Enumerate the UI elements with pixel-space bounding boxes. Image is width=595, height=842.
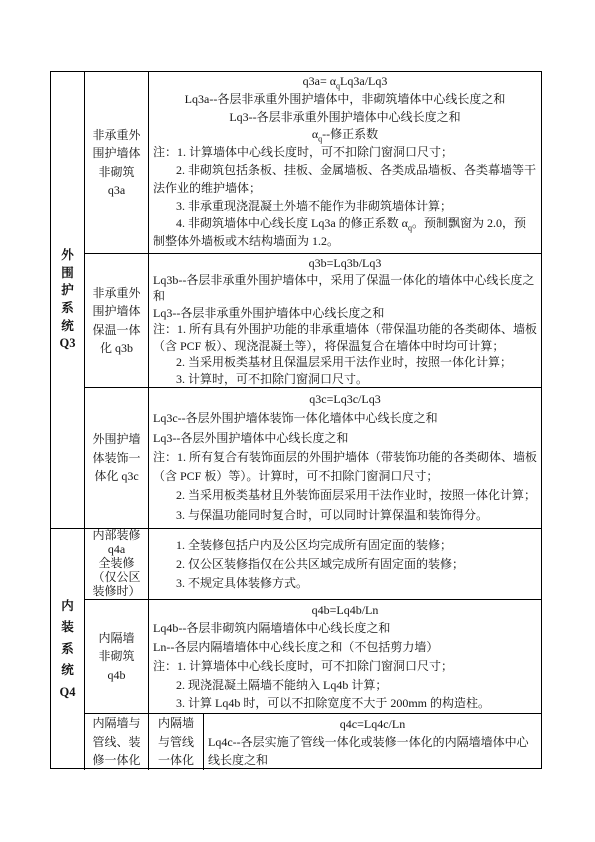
text-line: 2. 当采用板类基材且外装饰面层采用干法作业时，按照一体化计算；: [153, 486, 537, 505]
text-line: 3. 计算时，可不扣除门窗洞口尺寸。: [153, 371, 537, 387]
table-row-q4a: 内部装修 q4a 全装修 （仅公区 装修时） 1. 全装修包括户内及公区均完成所…: [85, 529, 541, 599]
text-line: 2. 当采用板类基材且保温层采用干法作业时，按照一体化计算；: [153, 354, 537, 371]
text-line: Lq3a--各层非承重外围护墙体中，非砌筑墙体中心线长度之和: [153, 91, 537, 109]
text-line: Lq3--各层非承重外围护墙体中心线长度之和: [153, 305, 537, 322]
text-line: 2. 非砌筑包括条板、挂板、金属墙板、各类成品墙板、各类幕墙等干法作业的维护墙体…: [153, 162, 537, 198]
text-line: q4c=Lq4c/Ln: [208, 716, 537, 734]
table-row-q4c: 内隔墙与 管线、装 修一体化 内隔墙 与管线 一体化 q4c=Lq4c/LnLq…: [85, 713, 541, 770]
text-line: 3. 非承重现浇混凝土外墙不能作为非砌筑墙体计算；: [153, 198, 537, 216]
text-line: αq--修正系数: [153, 126, 537, 144]
row-content-q3b: q3b=Lq3b/Lq3Lq3b--各层非承重外围护墙体中，采用了保温一体化的墙…: [149, 254, 541, 387]
row-content-q3c: q3c=Lq3c/Lq3Lq3c--各层外围护墙体装饰一体化墙体中心线长度之和L…: [149, 388, 541, 528]
row-label-q4a: 内部装修 q4a 全装修 （仅公区 装修时）: [85, 529, 149, 599]
text-line: q3c=Lq3c/Lq3: [153, 390, 537, 409]
text-line: 2. 仅公区装修指仅在公共区域完成所有固定面的装修；: [153, 555, 537, 574]
text-line: Lq3b--各层非承重外围护墙体中，采用了保温一体化的墙体中心线长度之和: [153, 272, 537, 305]
table-row-q4b: 内隔墙 非砌筑 q4b q4b=Lq4b/LnLq4b--各层非砌筑内隔墙墙体中…: [85, 599, 541, 714]
text-line: q3a= αqLq3a/Lq3: [153, 73, 537, 91]
text-segment: q3a= α: [303, 74, 336, 88]
text-line: 注：1. 所有具有外围护功能的非承重墙体（带保温功能的各类砌体、墙板（含 PCF…: [153, 321, 537, 354]
text-line: Lq3--各层非承重外围护墙体中心线长度之和: [153, 109, 537, 127]
text-line: 4. 非砌筑墙体中心线长度 Lq3a 的修正系数 αq。预制飘窗为 2.0，预制…: [153, 215, 537, 251]
row-label-q4c: 内隔墙与 管线、装 修一体化: [85, 714, 149, 770]
text-line: 3. 不规定具体装修方式。: [153, 574, 537, 593]
group-label-q4: 内 装 系 统 Q4: [51, 529, 85, 770]
table-row-q3b: 非承重外 围护墙体 保温一体 化 q3b q3b=Lq3b/Lq3Lq3b--各…: [85, 253, 541, 387]
text-segment: 4. 非砌筑墙体中心线长度 Lq3a 的修正系数 α: [176, 216, 408, 230]
row-content-q4c: q4c=Lq4c/LnLq4c--各层实施了管线一体化或装修一体化的内隔墙墙体中…: [204, 714, 541, 770]
table-row-q3a: 非承重外 围护墙体 非砌筑 q3a q3a= αqLq3a/Lq3Lq3a--各…: [85, 72, 541, 253]
text-line: Lq3c--各层外围护墙体装饰一体化墙体中心线长度之和: [153, 409, 537, 428]
document-page: { "page": { "background": "#ffffff", "bo…: [0, 0, 595, 842]
row-label-q3a: 非承重外 围护墙体 非砌筑 q3a: [85, 72, 149, 253]
text-line: 1. 全装修包括户内及公区均完成所有固定面的装修；: [153, 536, 537, 555]
text-line: 注：1. 所有复合有装饰面层的外围护墙体（带装饰功能的各类砌体、墙板（含 PCF…: [153, 448, 537, 487]
text-segment: --修正系数: [322, 127, 378, 141]
text-line: 3. 计算 Lq4b 时，可以不扣除宽度不大于 200mm 的构造柱。: [153, 694, 537, 713]
row-label-q3b: 非承重外 围护墙体 保温一体 化 q3b: [85, 254, 149, 387]
text-line: q3b=Lq3b/Lq3: [153, 255, 537, 272]
row-content-q4b: q4b=Lq4b/LnLq4b--各层非砌筑内隔墙墙体中心线长度之和Ln--各层…: [149, 600, 541, 714]
group-label-q3: 外 围 护 系 统 Q3: [51, 72, 85, 528]
group-interior-system-q4: 内 装 系 统 Q4 内部装修 q4a 全装修 （仅公区 装修时） 1. 全装修…: [51, 528, 541, 770]
row-content-q3a: q3a= αqLq3a/Lq3Lq3a--各层非承重外围护墙体中，非砌筑墙体中心…: [149, 72, 541, 253]
text-line: Lq3--各层外围护墙体中心线长度之和: [153, 429, 537, 448]
text-line: Lq4c--各层实施了管线一体化或装修一体化的内隔墙墙体中心线长度之和: [208, 734, 537, 769]
group-exterior-envelope-q3: 外 围 护 系 统 Q3 非承重外 围护墙体 非砌筑 q3a q3a= αqLq…: [51, 72, 541, 528]
row-content-q4a: 1. 全装修包括户内及公区均完成所有固定面的装修；2. 仅公区装修指仅在公共区域…: [149, 529, 541, 599]
text-segment: Lq3a/Lq3: [340, 74, 387, 88]
text-line: 注：1. 计算墙体中心线长度时，可不扣除门窗洞口尺寸；: [153, 657, 537, 676]
text-line: q4b=Lq4b/Ln: [153, 601, 537, 620]
text-line: Lq4b--各层非砌筑内隔墙墙体中心线长度之和: [153, 619, 537, 638]
row-label-q4b: 内隔墙 非砌筑 q4b: [85, 600, 149, 714]
scoring-table: 外 围 护 系 统 Q3 非承重外 围护墙体 非砌筑 q3a q3a= αqLq…: [50, 71, 542, 769]
text-line: 2. 现浇混凝土隔墙不能纳入 Lq4b 计算；: [153, 676, 537, 695]
sublabel-q4c: 内隔墙 与管线 一体化: [149, 714, 204, 770]
text-line: Ln--各层内隔墙墙体中心线长度之和（不包括剪力墙）: [153, 638, 537, 657]
text-line: 注：1. 计算墙体中心线长度时，可不扣除门窗洞口尺寸；: [153, 144, 537, 162]
table-row-q3c: 外围护墙 体装饰一 体化 q3c q3c=Lq3c/Lq3Lq3c--各层外围护…: [85, 387, 541, 528]
row-label-q3c: 外围护墙 体装饰一 体化 q3c: [85, 388, 149, 528]
text-line: 3. 与保温功能同时复合时，可以同时计算保温和装饰得分。: [153, 506, 537, 525]
